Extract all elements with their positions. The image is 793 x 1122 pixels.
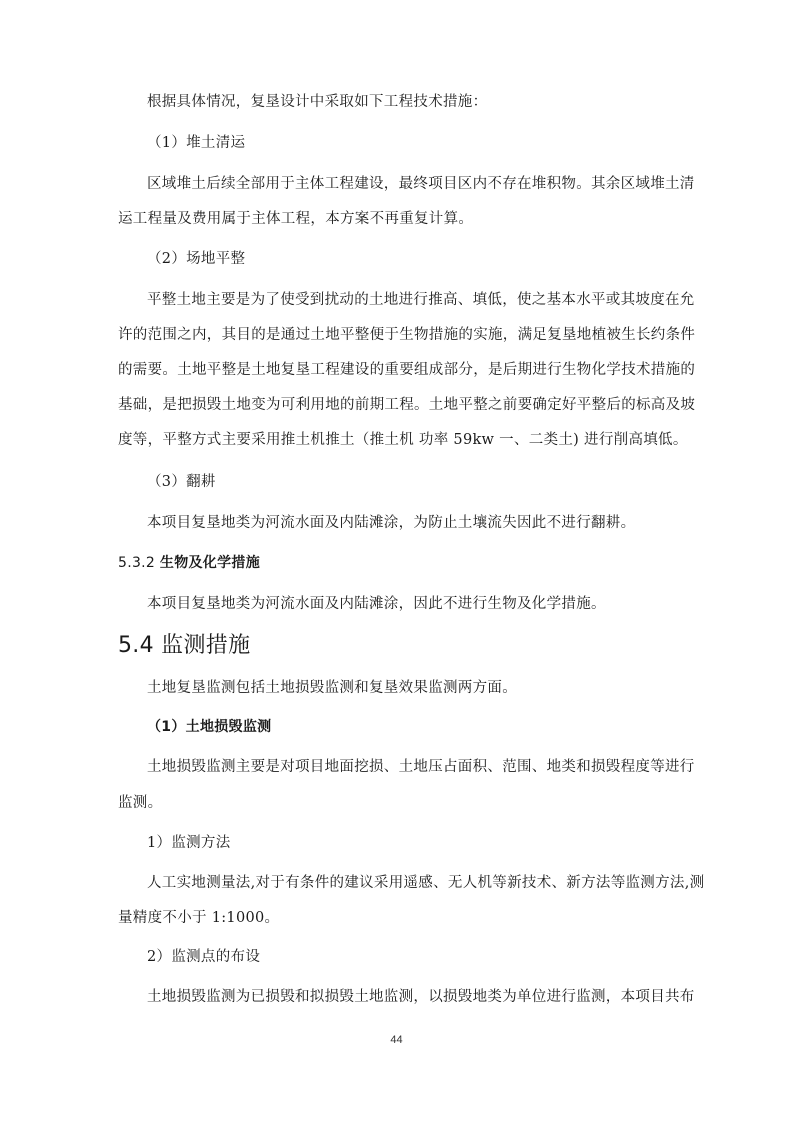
item-heading-soil-removal: （1）堆土清运 bbox=[147, 131, 245, 152]
paragraph-line: 本项目复垦地类为河流水面及内陆滩涂，为防止土壤流失因此不进行翻耕。 bbox=[147, 511, 635, 532]
paragraph-line: 土地复垦监测包括土地损毁监测和复垦效果监测两方面。 bbox=[147, 676, 517, 697]
paragraph-line: 度等，平整方式主要采用推土机推土（推土机 功率 59kw 一、二类土) 进行削高… bbox=[118, 428, 688, 449]
section-heading-5-4: 5.4 监测措施 bbox=[118, 628, 250, 659]
section-title: 生物及化学措施 bbox=[160, 555, 260, 571]
section-number: 5.3.2 bbox=[118, 555, 155, 571]
paragraph-line: 区域堆土后续全部用于主体工程建设，最终项目区内不存在堆积物。其余区域堆土清 bbox=[147, 172, 675, 193]
paragraph-line: 基础，是把损毁土地变为可利用地的前期工程。土地平整之前要确定好平整后的标高及坡 bbox=[118, 393, 675, 414]
paragraph-line: 量精度不小于 1:1000。 bbox=[118, 906, 279, 927]
paragraph-line: 土地损毁监测主要是对项目地面挖损、土地压占面积、范围、地类和损毁程度等进行 bbox=[147, 755, 675, 776]
paragraph-line: 许的范围之内，其目的是通过土地平整便于生物措施的实施，满足复垦地植被生长约条件 bbox=[118, 323, 675, 344]
paragraph-line: 平整土地主要是为了使受到扰动的土地进行推高、填低，使之基本水平或其坡度在允 bbox=[147, 288, 675, 309]
intro-paragraph: 根据具体情况，复垦设计中采取如下工程技术措施： bbox=[147, 90, 487, 111]
document-page: 根据具体情况，复垦设计中采取如下工程技术措施： （1）堆土清运 区域堆土后续全部… bbox=[0, 0, 793, 1122]
subitem-heading-point-layout: 2）监测点的布设 bbox=[147, 945, 260, 966]
paragraph-line: 土地损毁监测为已损毁和拟损毁土地监测，以损毁地类为单位进行监测，本项目共布 bbox=[147, 985, 675, 1006]
item-heading-damage-monitoring: （1）土地损毁监测 bbox=[147, 716, 271, 736]
paragraph-line: 的需要。土地平整是土地复垦工程建设的重要组成部分，是后期进行生物化学技术措施的 bbox=[118, 358, 675, 379]
paragraph-line: 本项目复垦地类为河流水面及内陆滩涂，因此不进行生物及化学措施。 bbox=[147, 592, 606, 613]
page-number: 44 bbox=[0, 1034, 793, 1046]
paragraph-line: 运工程量及费用属于主体工程，本方案不再重复计算。 bbox=[118, 207, 473, 228]
item-heading-site-leveling: （2）场地平整 bbox=[147, 247, 245, 268]
section-heading-5-3-2: 5.3.2 生物及化学措施 bbox=[118, 552, 260, 572]
paragraph-line: 人工实地测量法,对于有条件的建议采用遥感、无人机等新技术、新方法等监测方法,测 bbox=[147, 871, 675, 892]
subitem-heading-method: 1）监测方法 bbox=[147, 831, 231, 852]
paragraph-line: 监测。 bbox=[118, 791, 162, 812]
item-heading-tillage: （3）翻耕 bbox=[147, 470, 216, 491]
